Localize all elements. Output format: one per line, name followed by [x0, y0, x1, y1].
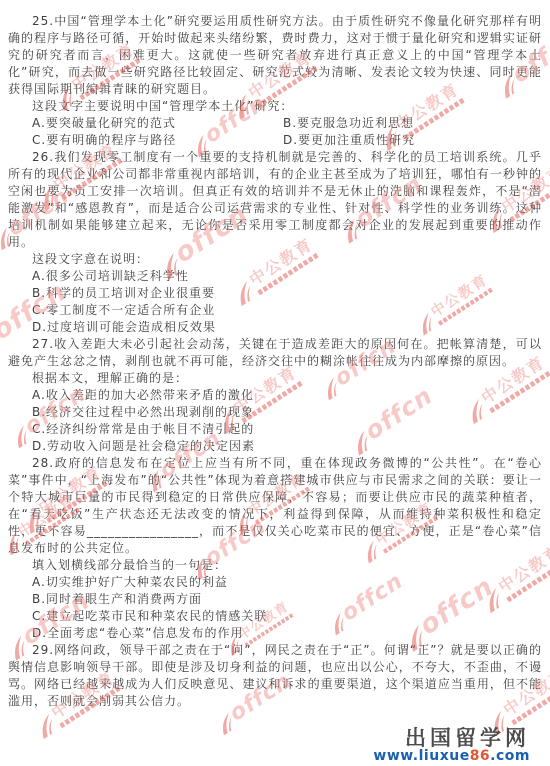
offcn-flame-icon	[0, 328, 4, 358]
question-25-options: A.要突破量化研究的范式B.要克服急功近利思想C.要有明确的程序与路径D.要更加…	[8, 115, 542, 149]
question-27-options: A.收入差距的加大必然带来矛盾的激化B.经济交往过程中必然出现剥削的现象C.经济…	[8, 387, 542, 455]
question-25-option-C: C.要有明确的程序与路径	[8, 132, 259, 149]
question-27-stem: 根据本文，理解正确的是：	[8, 370, 542, 387]
question-28-body: 28.政府的信息发布在定位上应当有所不同，重在体现政务微博的“公共性”。在“卷心…	[8, 455, 542, 557]
site-name: 出国留学网	[373, 727, 530, 749]
question-28-option-B: B.同时着眼生产和消费两方面	[8, 591, 542, 608]
question-26-stem: 这段文字意在说明：	[8, 251, 542, 268]
question-26-body: 26.我们发现零工制度有一个重要的支持机制就是完善的、科学化的员工培训系统。几乎…	[8, 149, 542, 251]
question-28-option-D: D.全面考虑“卷心菜”信息发布的作用	[8, 625, 542, 642]
url-prefix: www.liuxue	[373, 748, 469, 764]
question-28-options: A.切实维护好广大种菜农民的利益B.同时着眼生产和消费两方面C.建立起吃菜市民和…	[8, 574, 542, 642]
question-27-option-D: D.劳动收入问题是社会稳定的决定因素	[8, 438, 542, 455]
question-26-option-C: C.零工制度不一定适合所有企业	[8, 302, 542, 319]
url-suffix: .com	[490, 748, 530, 764]
question-25-option-B: B.要克服急功近利思想	[259, 115, 542, 132]
question-27-option-C: C.经济纠纷常常是由于帐目不清引起的	[8, 421, 542, 438]
liuxue86-logo: 出国留学网 www.liuxue86.com	[373, 727, 530, 764]
question-25-stem: 这段文字主要说明中国“管理学本土化”研究：	[8, 98, 542, 115]
question-25-option-D: D.要更加注重质性研究	[259, 132, 542, 149]
document-page: 中公教育中公教育offcn中公教育offcn中公教育offcnoffcnoffc…	[0, 0, 550, 766]
question-26-option-A: A.很多公司培训缺乏科学性	[8, 268, 542, 285]
question-26-option-D: D.过度培训可能会造成相反效果	[8, 319, 542, 336]
offcn-flame-icon	[214, 711, 239, 736]
question-26-option-B: B.科学的员工培训对企业很重要	[8, 285, 542, 302]
questions: 25.中国“管理学本土化”研究要运用质性研究方法。由于质性研究不像量化研究那样有…	[8, 13, 542, 710]
site-url: www.liuxue86.com	[373, 749, 530, 764]
offcn-flame-icon	[33, 713, 61, 741]
question-27-option-B: B.经济交往过程中必然出现剥削的现象	[8, 404, 542, 421]
question-28-option-C: C.建立起吃菜市民和种菜农民的情感关联	[8, 608, 542, 625]
question-25-option-A: A.要突破量化研究的范式	[8, 115, 259, 132]
question-28-stem: 填入划横线部分最恰当的一句是：	[8, 557, 542, 574]
url-number: 86	[470, 748, 490, 764]
question-29-body: 29.网络问政，领导干部之责在于“问”，网民之责在于“正”。何谓“正”？就是要以…	[8, 642, 542, 710]
question-26-options: A.很多公司培训缺乏科学性B.科学的员工培训对企业很重要C.零工制度不一定适合所…	[8, 268, 542, 336]
question-25-body: 25.中国“管理学本土化”研究要运用质性研究方法。由于质性研究不像量化研究那样有…	[8, 13, 542, 98]
question-27-option-A: A.收入差距的加大必然带来矛盾的激化	[8, 387, 542, 404]
question-27-body: 27.收入差距大未必引起社会动荡，关键在于造成差距大的原因何在。把帐算清楚，可以…	[8, 336, 542, 370]
question-28-option-A: A.切实维护好广大种菜农民的利益	[8, 574, 542, 591]
